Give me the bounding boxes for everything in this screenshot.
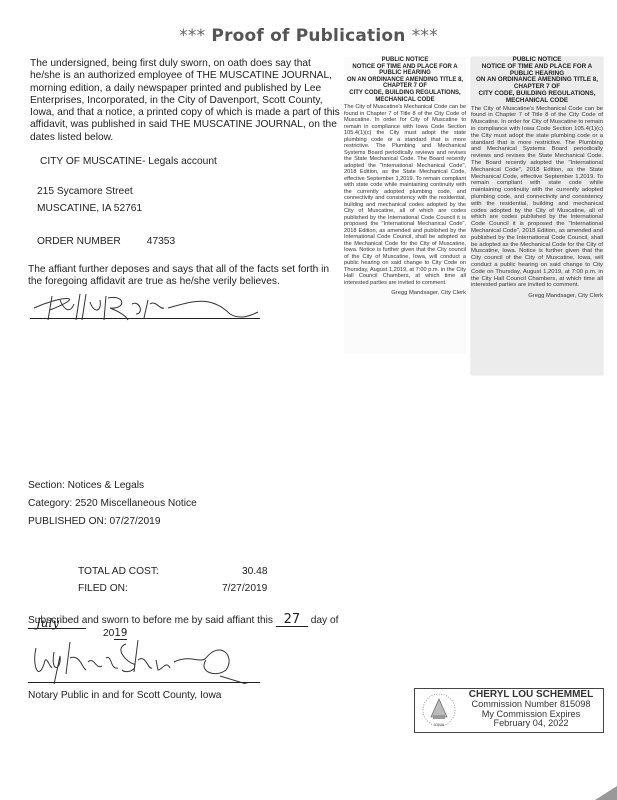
title-text: Proof of Publication (211, 26, 405, 46)
affirmation-text: The affiant further deposes and says tha… (28, 264, 340, 289)
address-line-1: 215 Sycamore Street (37, 186, 133, 198)
category-line: Category: 2520 Miscellaneous Notice (28, 498, 197, 510)
clipping-heading: PUBLIC NOTICE NOTICE OF TIME AND PLACE F… (471, 57, 603, 105)
order-number-label: ORDER NUMBER (37, 236, 121, 247)
clipping-signature: Gregg Mandsager, City Clerk (344, 290, 466, 296)
filed-on-label: FILED ON: (78, 583, 128, 595)
notarial-seal-icon: IOWA (420, 691, 458, 729)
sworn-month-line (28, 628, 86, 629)
notary-signature (30, 634, 270, 684)
sworn-prefix: Subscribed and sworn to before me by sai… (28, 615, 273, 626)
section-line: Section: Notices & Legals (28, 480, 144, 492)
commission-expires-date: February 04, 2022 (458, 719, 604, 729)
title-decoration-left: *** (179, 26, 205, 46)
order-number-value: 47353 (147, 236, 175, 247)
total-ad-cost-label: TOTAL AD COST: (78, 566, 159, 578)
clipping-body: The City of Muscatine's Mechanical Code … (471, 106, 603, 290)
total-ad-cost-value: 30.48 (242, 566, 268, 578)
clipping-heading: PUBLIC NOTICE NOTICE OF TIME AND PLACE F… (344, 57, 466, 103)
sworn-suffix: day of (311, 615, 339, 626)
affidavit-intro: The undersigned, being first duly sworn,… (30, 58, 342, 144)
newspaper-clipping-2: PUBLIC NOTICE NOTICE OF TIME AND PLACE F… (471, 57, 603, 375)
clipping-body: The City of Muscatine's Mechanical Code … (344, 104, 466, 286)
page-title: *** Proof of Publication *** (0, 26, 617, 46)
published-on: PUBLISHED ON: 07/27/2019 (28, 516, 161, 528)
filed-on-value: 7/27/2019 (222, 583, 267, 595)
scan-page-corner (595, 786, 617, 800)
sworn-day: 27 (276, 614, 308, 627)
notary-line: Notary Public in and for Scott County, I… (28, 690, 221, 702)
order-number-row: ORDER NUMBER47353 (37, 236, 175, 248)
sworn-statement: Subscribed and sworn to before me by sai… (28, 614, 348, 627)
affiant-signature-line (30, 318, 260, 319)
svg-text:IOWA: IOWA (434, 722, 445, 727)
clipping-signature: Gregg Mandsager, City Clerk (471, 293, 603, 299)
notary-signature-line (28, 682, 260, 683)
address-line-2: MUSCATINE, IA 52761 (37, 203, 142, 215)
notary-stamp-text: CHERYL LOU SCHEMMEL Commission Number 81… (458, 690, 604, 729)
title-decoration-right: *** (412, 26, 438, 46)
newspaper-clipping-1: PUBLIC NOTICE NOTICE OF TIME AND PLACE F… (344, 57, 466, 354)
account-name: CITY OF MUSCATINE- Legals account (40, 156, 217, 168)
